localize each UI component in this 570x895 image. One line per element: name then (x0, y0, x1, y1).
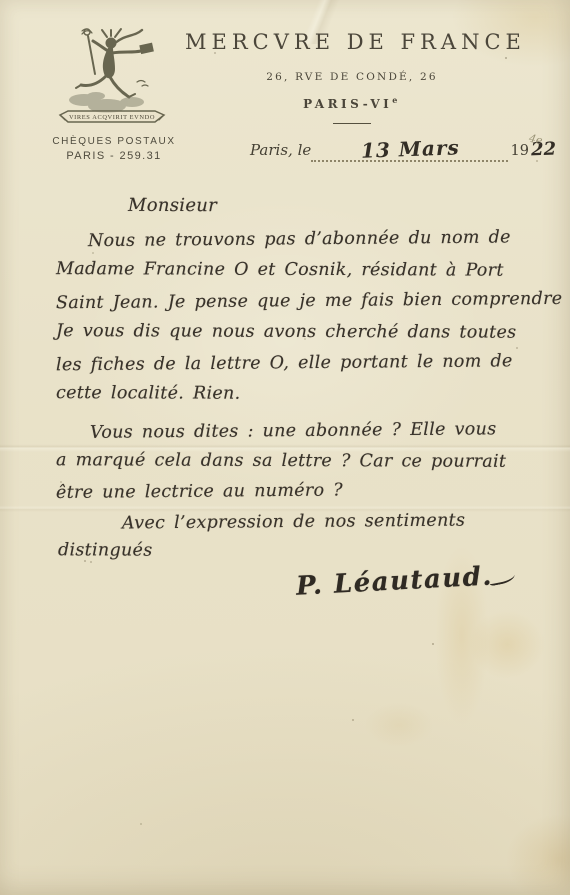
paper-specks (0, 0, 2, 2)
mercury-logo: VIRES ACQVIRIT EVNDO (52, 20, 172, 134)
handwritten-line: Nous ne trouvons pas d’abonnée du nom de (88, 222, 570, 257)
handwritten-line: Saint Jean. Je pense que je me fais bien… (56, 284, 570, 320)
closing-formula: Avec l’expression de nos sentiments dist… (58, 508, 465, 566)
handwritten-line: être une lectrice au numéro ? (56, 474, 507, 508)
cheques-postaux-label: CHÈQUES POSTAUX (38, 136, 190, 147)
district-text: PARIS-VI (303, 97, 392, 111)
handwritten-line: les fiches de la lettre O, elle portant … (56, 346, 570, 382)
cheques-postaux-block: CHÈQUES POSTAUX PARIS - 259.31 (38, 136, 190, 162)
letter-scan: VIRES ACQVIRIT EVNDO CHÈQUES POSTAUX PAR… (0, 0, 570, 895)
handwritten-line: Je vous dis que nous avons cherché dans … (56, 316, 570, 349)
pencil-annotation: 4e (528, 132, 544, 148)
district-superscript: e (392, 95, 401, 105)
mercury-engraving-icon: VIRES ACQVIRIT EVNDO (52, 20, 172, 134)
publisher-district: PARIS-VIe (185, 95, 519, 111)
signature: P. Léautaud. (295, 560, 515, 601)
salutation: Monsieur (128, 190, 217, 221)
handwritten-line: distingués (58, 536, 465, 566)
masthead-rule (333, 123, 371, 124)
cheques-postaux-number: PARIS - 259.31 (38, 150, 190, 162)
date-dotted-rule: 13 Mars (311, 136, 508, 162)
logo-motto: VIRES ACQVIRIT EVNDO (69, 114, 155, 121)
publisher-title: MERCVRE DE FRANCE (185, 30, 519, 54)
handwritten-line: a marqué cela dans sa lettre ? Car ce po… (56, 445, 506, 477)
handwritten-line: Vous nous dites : une abonnée ? Elle vou… (90, 414, 507, 448)
date-line: Paris, le 13 Mars 19 22 (250, 136, 556, 162)
handwritten-line: Madame Francine O et Cosnik, résidant à … (56, 254, 570, 287)
paragraph-1: Nous ne trouvons pas d’abonnée du nom de… (56, 224, 570, 410)
letterhead: MERCVRE DE FRANCE 26, RVE DE CONDÉ, 26 P… (185, 30, 519, 124)
handwritten-line: Avec l’expression de nos sentiments (122, 507, 465, 539)
date-prefix: Paris, le (250, 141, 311, 159)
publisher-address: 26, RVE DE CONDÉ, 26 (185, 71, 519, 83)
paragraph-2: Vous nous dites : une abonnée ? Elle vou… (56, 416, 506, 506)
handwritten-date: 13 Mars (360, 135, 459, 162)
handwritten-line: cette localité. Rien. (56, 378, 570, 411)
printed-year-prefix: 19 (510, 143, 528, 159)
